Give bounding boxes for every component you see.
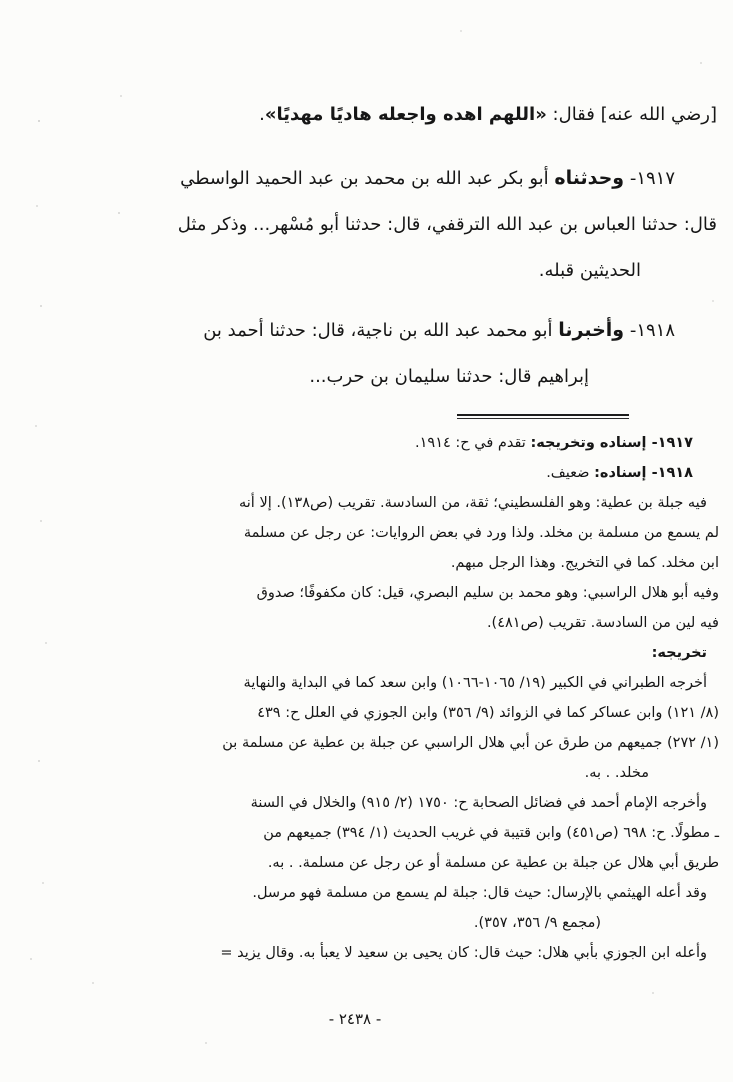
takhrij-line: وأخرجه الإمام أحمد في فضائل الصحابة ح: ١… (52, 788, 719, 818)
ibn-jawzi-note-line: وأعله ابن الجوزي بأبي هلال: حيث قال: كان… (52, 938, 719, 968)
abu-hilal-note-paragraph: وفيه أبو هلال الراسبي: وهو محمد بن سليم … (52, 578, 719, 638)
takhrij-sources-paragraph: أخرجه الطبراني في الكبير (١٩/ ١٠٦٥-١٠٦٦)… (52, 668, 719, 788)
takhrij-line: أخرجه الطبراني في الكبير (١٩/ ١٠٦٥-١٠٦٦)… (52, 668, 719, 698)
footnote-1917-text: تقدم في ح: ١٩١٤. (415, 435, 530, 451)
footnote-1917-number: ١٩١٧- (647, 435, 693, 451)
footnote-separator-rule (457, 414, 629, 419)
scan-noise (0, 0, 2, 2)
footnotes-block: ١٩١٧- إسناده وتخريجه: تقدم في ح: ١٩١٤. ١… (0, 428, 733, 968)
jabala-note-line: فيه جبلة بن عطية: وهو الفلسطيني؛ ثقة، من… (52, 488, 719, 518)
footnote-1917-line: ١٩١٧- إسناده وتخريجه: تقدم في ح: ١٩١٤. (52, 428, 719, 458)
hadith-text-block: [رضي الله عنه] فقال: «اللهم اهده واجعله … (0, 0, 733, 400)
takhrij-line: (١/ ٢٧٢) جميعهم من طرق عن أبي هلال الراس… (52, 728, 719, 758)
matn-opening-line: [رضي الله عنه] فقال: «اللهم اهده واجعله … (58, 92, 717, 138)
abu-hilal-note-line: فيه لين من السادسة. تقريب (ص٤٨١). (52, 608, 719, 638)
footnote-1918-number: ١٩١٨- (647, 465, 693, 481)
hadith-1918-line2: إبراهيم قال: حدثنا سليمان بن حرب... (58, 354, 717, 400)
takhrij-line: (٨/ ١٢١) وابن عساكر كما في الزوائد (٩/ ٣… (52, 698, 719, 728)
hadith-1917-paragraph: ١٩١٧- وحدثناه أبو بكر عبد الله بن محمد ب… (58, 155, 717, 294)
hadith-1918-line1: ١٩١٨- وأخبرنا أبو محمد عبد الله بن ناجية… (58, 307, 717, 354)
footnote-1918-line: ١٩١٨- إسناده: ضعيف. (52, 458, 719, 488)
footnote-1918-heading: إسناده: (594, 465, 646, 481)
ibn-jawzi-note-paragraph: وأعله ابن الجوزي بأبي هلال: حيث قال: كان… (52, 938, 719, 968)
hadith-1918-paragraph: ١٩١٨- وأخبرنا أبو محمد عبد الله بن ناجية… (58, 307, 717, 400)
hadith-1917-line3: الحديثين قبله. (58, 248, 717, 294)
book-page: [رضي الله عنه] فقال: «اللهم اهده واجعله … (0, 0, 733, 1082)
hadith-1917-isnad: أبو بكر عبد الله بن محمد بن عبد الحميد ا… (180, 168, 554, 189)
hadith-1918-keyword: وأخبرنا (558, 319, 624, 341)
haythami-note-line: وقد أعله الهيثمي بالإرسال: حيث قال: جبلة… (52, 878, 719, 908)
haythami-note-paragraph: وقد أعله الهيثمي بالإرسال: حيث قال: جبلة… (52, 878, 719, 938)
takhrij-heading: تخريجه: (52, 638, 719, 668)
opening-pre-text: [رضي الله عنه] فقال: (547, 104, 717, 125)
hadith-1917-line2: قال: حدثنا العباس بن عبد الله الترقفي، ق… (58, 202, 717, 248)
haythami-reference-line: (مجمع ٩/ ٣٥٦، ٣٥٧). (52, 908, 719, 938)
footnote-1918-text: ضعيف. (546, 465, 594, 481)
takhrij-sources-paragraph-2: وأخرجه الإمام أحمد في فضائل الصحابة ح: ١… (52, 788, 719, 878)
hadith-1918-number: ١٩١٨- (624, 320, 675, 341)
hadith-1918-isnad: أبو محمد عبد الله بن ناجية، قال: حدثنا أ… (203, 320, 558, 341)
abu-hilal-note-line: وفيه أبو هلال الراسبي: وهو محمد بن سليم … (52, 578, 719, 608)
hadith-1917-line1: ١٩١٧- وحدثناه أبو بكر عبد الله بن محمد ب… (58, 155, 717, 202)
takhrij-line: طريق أبي هلال عن جبلة بن عطية عن مسلمة أ… (52, 848, 719, 878)
jabala-note-line: لم يسمع من مسلمة بن مخلد. ولذا ورد في بع… (52, 518, 719, 548)
hadith-1917-number: ١٩١٧- (624, 168, 675, 189)
page-number: - ٢٤٣٨ - (0, 1010, 710, 1028)
hadith-1917-keyword: وحدثناه (554, 167, 624, 189)
jabala-note-paragraph: فيه جبلة بن عطية: وهو الفلسطيني؛ ثقة، من… (52, 488, 719, 578)
takhrij-line: مخلد. . به. (52, 758, 719, 788)
takhrij-line: ـ مطولًا. ح: ٦٩٨ (ص٤٥١) وابن قتيبة في غر… (52, 818, 719, 848)
footnote-1917-heading: إسناده وتخريجه: (530, 435, 646, 451)
jabala-note-line: ابن مخلد. كما في التخريج. وهذا الرجل مبه… (52, 548, 719, 578)
dua-bold-text: «اللهم اهده واجعله هاديًا مهديًا» (265, 104, 547, 125)
